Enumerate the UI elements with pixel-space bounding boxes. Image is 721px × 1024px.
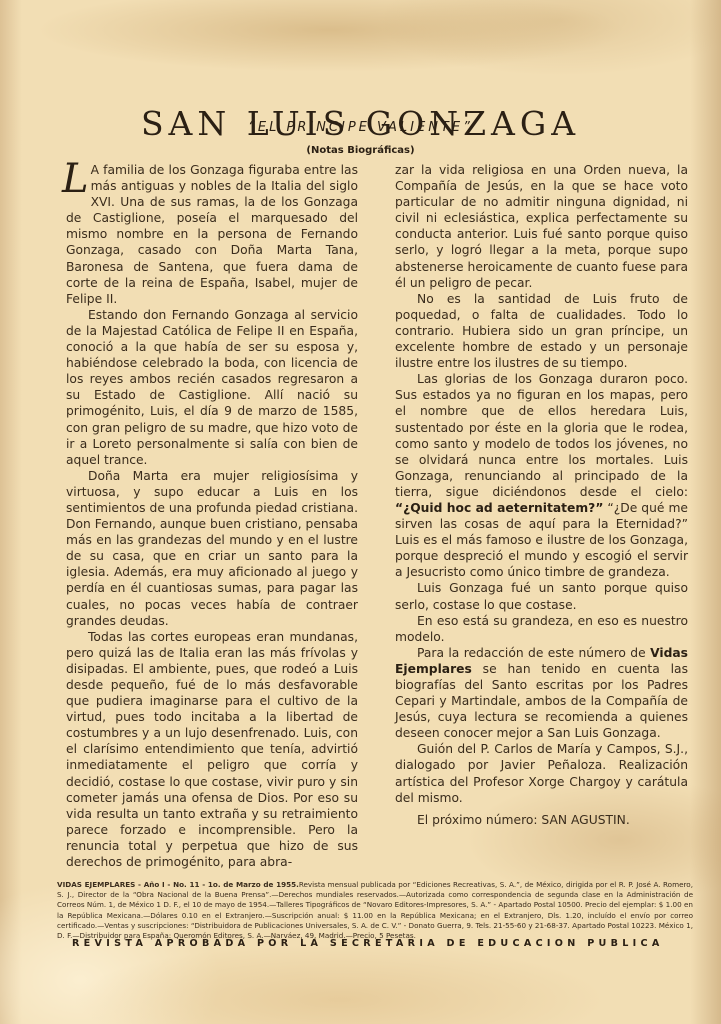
paragraph-birth: Estando don Fernando Gonzaga al servicio… — [66, 307, 358, 468]
publication-imprint: VIDAS EJEMPLARES - Año I - No. 11 - 1o. … — [57, 880, 693, 941]
paragraph-glory: Las glorias de los Gonzaga duraron poco.… — [395, 371, 688, 580]
paragraph-credits: Guión del P. Carlos de María y Campos, S… — [395, 741, 688, 805]
right-column: zar la vida religiosa en una Orden nueva… — [395, 162, 688, 828]
article-subtitle: “EL PRINCIPE VALIENTE” — [0, 120, 721, 135]
paragraph-courts: Todas las cortes europeas eran mundanas,… — [66, 629, 358, 870]
drop-cap: L — [62, 162, 89, 196]
paragraph-upbringing: Doña Marta era mujer religiosísima y vir… — [66, 468, 358, 629]
paragraph-sanctity: No es la santidad de Luis fruto de poque… — [395, 291, 688, 371]
imprint-details: Revista mensual publicada por “Ediciones… — [57, 880, 693, 940]
paragraph-greatness: En eso está su grandeza, en eso es nuest… — [395, 613, 688, 645]
next-issue: El próximo número: SAN AGUSTIN. — [395, 812, 688, 828]
paragraph-saint-by-will: Luis Gonzaga fué un santo porque quiso s… — [395, 580, 688, 612]
imprint-issue: VIDAS EJEMPLARES - Año I - No. 11 - 1o. … — [57, 880, 299, 889]
paragraph-vocation: zar la vida religiosa en una Orden nueva… — [395, 162, 688, 291]
paragraph-sources: Para la redacción de este número de Vida… — [395, 645, 688, 742]
latin-quote: “¿Quid hoc ad aeternitatem?” — [395, 501, 603, 515]
magazine-page: SAN LUIS GONZAGA “EL PRINCIPE VALIENTE” … — [0, 0, 721, 1024]
biographical-notes-label: (Notas Biográficas) — [0, 145, 721, 156]
paragraph-family: LA familia de los Gonzaga figuraba entre… — [66, 162, 358, 307]
left-column: LA familia de los Gonzaga figuraba entre… — [66, 162, 358, 870]
approval-line: REVISTA APROBADA POR LA SECRETARIA DE ED… — [72, 938, 682, 949]
